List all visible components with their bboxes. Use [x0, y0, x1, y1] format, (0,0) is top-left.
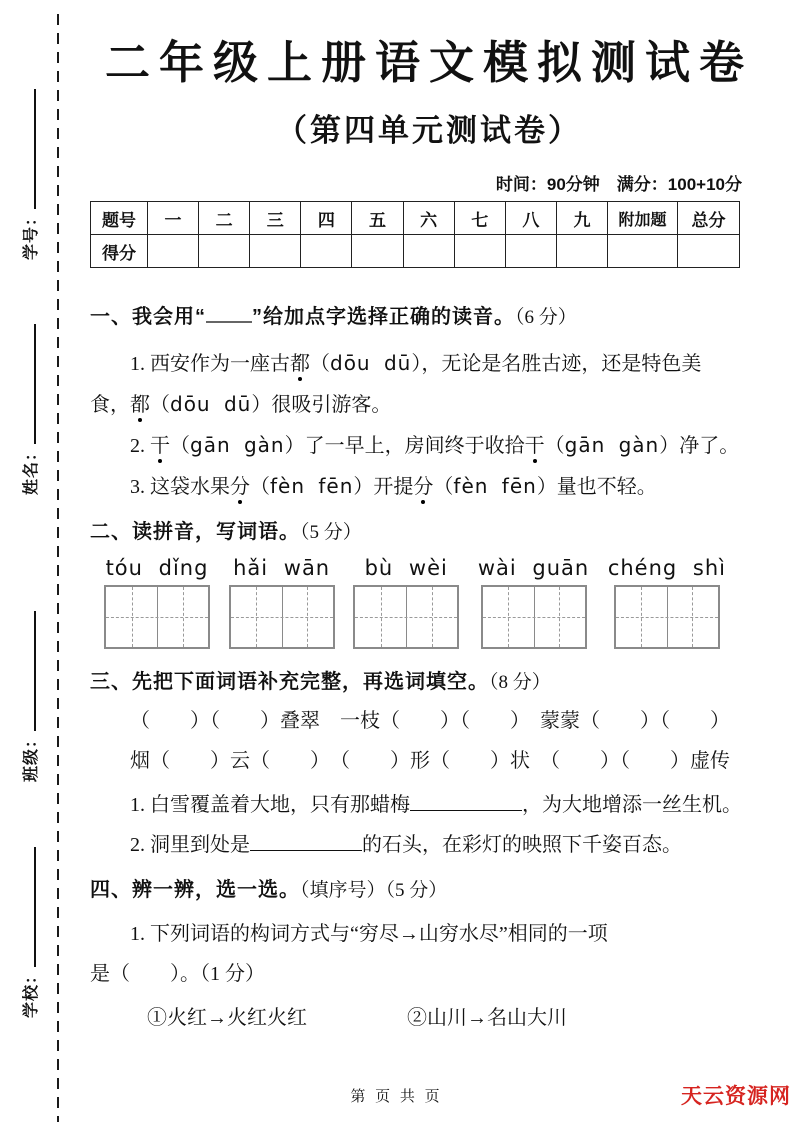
score-table: 题号 一 二 三 四 五 六 七 八 九 附加题 总分 得分 — [90, 201, 740, 268]
text-segment: 一、我会用“ — [90, 306, 206, 328]
text-segment: 2. 洞里到处是 — [130, 834, 250, 856]
column-header: 九 — [556, 202, 607, 235]
section-4-question-line-2: 是（ ）。（1 分） — [90, 954, 768, 994]
dotted-char: 分 — [230, 476, 250, 498]
column-header: 附加题 — [608, 202, 678, 235]
score-row-label: 得分 — [91, 235, 148, 268]
pinyin-writing-unit: bù wèi — [353, 556, 459, 649]
word-completion-line-1: （ ）（ ）叠翠 一枝（ ）（ ） 蒙蒙（ ）（ ） — [90, 701, 768, 741]
pinyin-word: bù wèi — [365, 556, 448, 580]
dotted-char: 干 — [525, 435, 545, 457]
option-2[interactable]: ②山川→名山大川 — [407, 998, 567, 1038]
text-segment: ）净了。 — [659, 435, 739, 457]
dotted-char: 干 — [150, 435, 170, 457]
score-note: （5 分） — [300, 522, 362, 543]
class-blank[interactable] — [30, 611, 36, 731]
dotted-char: 都 — [290, 353, 310, 375]
text-segment: 食， — [90, 394, 130, 416]
section-2-heading: 二、读拼音，写词语。（5 分） — [90, 515, 768, 544]
text-segment: 的石头，在彩灯的映照下千姿百态。 — [362, 834, 682, 856]
score-cell[interactable] — [301, 235, 352, 268]
grid-dashed-line — [616, 617, 718, 618]
option-1[interactable]: ①火红→火红火红 — [147, 998, 307, 1038]
score-cell[interactable] — [352, 235, 403, 268]
pinyin-word: chéng shì — [608, 556, 726, 580]
text-segment: （ — [310, 353, 330, 375]
grid-dashed-line — [106, 617, 208, 618]
section-3-fill-2: 2. 洞里到处是的石头，在彩灯的映照下千姿百态。 — [90, 825, 768, 865]
column-header: 总分 — [678, 202, 740, 235]
writing-grid-box[interactable] — [614, 585, 720, 649]
text-segment: 1. 白雪覆盖着大地，只有那蜡梅 — [130, 794, 410, 816]
column-header: 一 — [148, 202, 199, 235]
student-id-label: 学号： — [23, 209, 40, 260]
grid-dashed-line — [231, 617, 333, 618]
text-segment: ，为大地增添一丝生机。 — [522, 794, 742, 816]
section-1-item-1-line-2: 食，都（dōu dū）很吸引游客。 — [90, 384, 768, 425]
score-cell[interactable] — [250, 235, 301, 268]
text-segment: ）了一早上，房间终于收拾 — [285, 435, 525, 457]
column-header: 二 — [199, 202, 250, 235]
sidebar-field-school: 学校： — [18, 847, 41, 1018]
score-note: （填序号）（5 分） — [300, 880, 447, 901]
pinyin-writing-unit: chéng shì — [608, 556, 726, 649]
text-segment: ）很吸引游客。 — [251, 394, 391, 416]
column-header: 六 — [403, 202, 454, 235]
question-number-row: 题号 一 二 三 四 五 六 七 八 九 附加题 总分 — [91, 202, 740, 235]
text-segment: 2. — [130, 435, 150, 457]
column-header: 三 — [250, 202, 301, 235]
pinyin-writing-unit: tóu dǐng — [104, 556, 210, 649]
text-segment: ）量也不轻。 — [537, 476, 657, 498]
text-segment: ），无论是名胜古迹，还是特色美 — [411, 353, 701, 375]
pinyin-word: wài guān — [478, 556, 589, 580]
score-cell[interactable] — [403, 235, 454, 268]
text-segment: 1. 西安作为一座古 — [130, 353, 290, 375]
class-label: 班级： — [23, 731, 40, 782]
text-segment: （ — [433, 476, 453, 498]
page-subtitle: （第四单元测试卷） — [90, 105, 768, 150]
score-cell[interactable] — [556, 235, 607, 268]
school-blank[interactable] — [30, 847, 36, 967]
section-1-item-3: 3. 这袋水果分（fèn fēn）开提分（fèn fēn）量也不轻。 — [90, 466, 768, 507]
school-label: 学校： — [23, 967, 40, 1018]
pinyin-choices: gān gàn — [565, 433, 660, 457]
writing-grid-box[interactable] — [481, 585, 587, 649]
text-segment: 三、先把下面词语补充完整，再选词填空。 — [90, 671, 489, 693]
answer-blank[interactable] — [250, 836, 362, 851]
score-note: （8 分） — [489, 672, 551, 693]
pinyin-writing-row: tóu dǐng hǎi wān bù wèi wài guān chéng s… — [90, 556, 740, 649]
section-3-fill-1: 1. 白雪覆盖着大地，只有那蜡梅，为大地增添一丝生机。 — [90, 785, 768, 825]
watermark-site-name: 天云资源网 — [681, 1080, 791, 1110]
score-row: 得分 — [91, 235, 740, 268]
score-cell[interactable] — [608, 235, 678, 268]
pinyin-choices: fèn fēn — [270, 474, 353, 498]
writing-grid-box[interactable] — [104, 585, 210, 649]
section-1-heading: 一、我会用“”给加点字选择正确的读音。（6 分） — [90, 300, 768, 329]
score-cell[interactable] — [199, 235, 250, 268]
writing-grid-box[interactable] — [353, 585, 459, 649]
column-header: 五 — [352, 202, 403, 235]
pinyin-choices: fèn fēn — [453, 474, 536, 498]
page-title: 二年级上册语文模拟测试卷 — [90, 26, 768, 91]
section-4-question-line-1: 1. 下列词语的构词方式与“穷尽→山穷水尽”相同的一项 — [90, 914, 768, 954]
section-4-heading: 四、辨一辨，选一选。（填序号）（5 分） — [90, 873, 768, 902]
pinyin-choices: dōu dū — [330, 351, 411, 375]
sidebar-field-name: 姓名： — [18, 324, 41, 495]
pinyin-choices: gān gàn — [190, 433, 285, 457]
score-cell[interactable] — [454, 235, 505, 268]
text-segment: 四、辨一辨，选一选。 — [90, 879, 300, 901]
dotted-char: 分 — [413, 476, 433, 498]
text-segment: ”给加点字选择正确的读音。 — [252, 306, 515, 328]
text-segment: （ — [250, 476, 270, 498]
text-segment: （ — [170, 435, 190, 457]
exam-time-score-info: 时间：90分钟 满分：100+10分 — [90, 170, 768, 195]
sidebar-field-student-id: 学号： — [18, 89, 41, 260]
grid-dashed-line — [483, 617, 585, 618]
score-cell[interactable] — [148, 235, 199, 268]
exam-paper-page: 学号： 姓名： 班级： 学校： 二年级上册语文模拟测试卷 （第四单元测试卷） 时… — [0, 0, 793, 1122]
pinyin-word: hǎi wān — [233, 556, 330, 580]
pinyin-writing-unit: wài guān — [478, 556, 589, 649]
column-header: 八 — [505, 202, 556, 235]
pinyin-word: tóu dǐng — [106, 556, 209, 580]
sidebar-field-class: 班级： — [18, 611, 41, 782]
section-1-item-2: 2. 干（gān gàn）了一早上，房间终于收拾干（gān gàn）净了。 — [90, 425, 768, 466]
options-row: ①火红→火红火红 ②山川→名山大川 — [90, 998, 768, 1038]
text-segment: 3. 这袋水果 — [130, 476, 230, 498]
pinyin-choices: dōu dū — [170, 392, 251, 416]
column-header: 四 — [301, 202, 352, 235]
text-segment: （ — [545, 435, 565, 457]
corner-cell: 题号 — [91, 202, 148, 235]
student-id-blank[interactable] — [30, 89, 36, 209]
section-3-heading: 三、先把下面词语补充完整，再选词填空。（8 分） — [90, 665, 768, 694]
pinyin-writing-unit: hǎi wān — [229, 556, 335, 649]
text-segment: ）开提 — [353, 476, 413, 498]
margin-dashed-line — [57, 14, 59, 1122]
name-blank[interactable] — [30, 324, 36, 444]
grid-dashed-line — [355, 617, 457, 618]
score-cell[interactable] — [678, 235, 740, 268]
name-label: 姓名： — [23, 444, 40, 495]
answer-blank[interactable] — [410, 796, 522, 811]
score-note: （6 分） — [515, 307, 577, 328]
writing-grid-box[interactable] — [229, 585, 335, 649]
score-cell[interactable] — [505, 235, 556, 268]
column-header: 七 — [454, 202, 505, 235]
page-number-footer: 第 页 共 页 — [0, 1085, 793, 1106]
dotted-char: 都 — [130, 394, 150, 416]
section-1-item-1-line-1: 1. 西安作为一座古都（dōu dū），无论是名胜古迹，还是特色美 — [90, 343, 768, 384]
text-segment: 二、读拼音，写词语。 — [90, 521, 300, 543]
underline-blank — [206, 308, 252, 323]
word-completion-line-2: 烟（ ）云（ ） （ ）形（ ）状 （ ）（ ）虚传 — [90, 741, 768, 781]
content-column: 二年级上册语文模拟测试卷 （第四单元测试卷） 时间：90分钟 满分：100+10… — [90, 0, 768, 1038]
text-segment: （ — [150, 394, 170, 416]
